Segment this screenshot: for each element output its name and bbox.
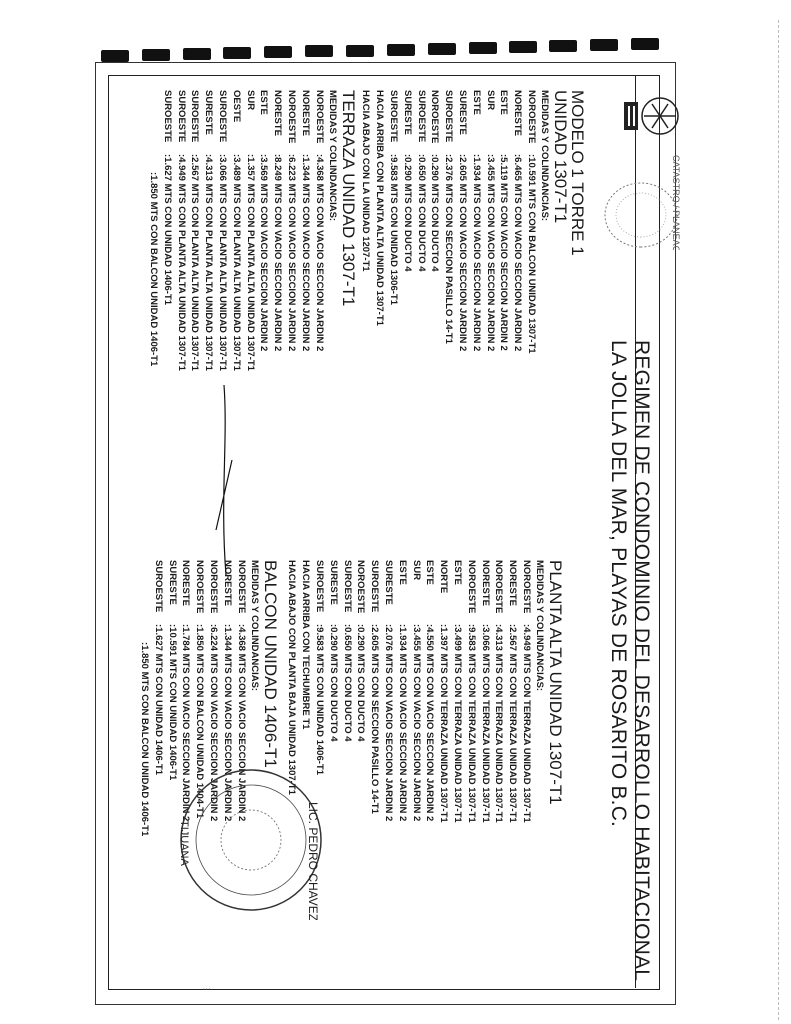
notary-name: LIC. PEDRO CHAVEZ SANCHEZ: [306, 802, 320, 920]
boundary-row: SUROESTE:2.567 MTS CON PLANTA ALTA UNIDA…: [188, 90, 202, 510]
vertical-boundary-line: HACIA ARRIBA CON PLANTA ALTA UNIDAD 1307…: [372, 90, 386, 510]
boundary-row: ESTE:1.934 MTS CON VACIO SECCION JARDIN …: [469, 90, 483, 510]
boundary-row: NOROESTE:6.223 MTS CON VACIO SECCION JAR…: [284, 90, 298, 510]
notary-seal-icon: LIC. PEDRO CHAVEZ SANCHEZ TIJUANA: [171, 760, 331, 920]
municipal-crest-logo-icon: [614, 92, 694, 140]
boundary-row: NORESTE:2.567 MTS CON TERRAZA UNIDAD 130…: [505, 560, 519, 990]
boundary-row: NOROESTE:4.313 MTS CON TERRAZA UNIDAD 13…: [492, 560, 506, 990]
boundary-row: NOROESTE:4.949 MTS CON TERRAZA UNIDAD 13…: [519, 560, 533, 990]
boundary-row: SURESTE:0.290 MTS CON DUCTO 4: [400, 90, 414, 510]
boundary-row: NORESTE:8.249 MTS CON VACIO SECCION JARD…: [270, 90, 284, 510]
document-title-block: REGIMEN DE CONDOMINIO DEL DESARROLLO HAB…: [607, 340, 653, 900]
boundary-row: SUR:3.455 MTS CON VACIO SECCION JARDIN 2: [409, 560, 423, 990]
catastro-stamp-icon: CATASTRO / PLANEACION: [601, 135, 691, 250]
planta-alta-title: PLANTA ALTA UNIDAD 1307-T1: [547, 560, 564, 990]
boundary-row: SUROESTE:4.949 MTS CON PLANTA ALTA UNIDA…: [174, 90, 188, 510]
stamp-text: CATASTRO / PLANEACION: [671, 155, 681, 250]
boundary-row: :1.850 MTS CON BALCON UNIDAD 1406-T1: [137, 560, 151, 990]
boundary-row: ESTE:4.550 MTS CON VACIO SECCION JARDIN …: [423, 560, 437, 990]
boundary-row: ESTE:3.499 MTS CON TERRAZA UNIDAD 1307-T…: [450, 560, 464, 990]
boundary-row: NORESTE:3.066 MTS CON TERRAZA UNIDAD 130…: [478, 560, 492, 990]
boundary-row: SURESTE:2.605 MTS CON VACIO SECCION JARD…: [455, 90, 469, 510]
boundary-row: SURESTE:2.076 MTS CON VACIO SECCION JARD…: [381, 560, 395, 990]
boundary-row: SUROESTE:1.627 MTS CON UNIDAD 1406-T1: [160, 90, 174, 510]
boundary-row: SUROESTE:2.376 MTS CON SECCION PASILLO 1…: [441, 90, 455, 510]
boundary-row: NOROESTE:0.290 MTS CON DUCTO 4: [428, 90, 442, 510]
boundary-row: SUROESTE:0.650 MTS CON DUCTO 4: [414, 90, 428, 510]
boundary-row: NOROESTE:9.583 MTS CON TERRAZA UNIDAD 13…: [464, 560, 478, 990]
boundary-row: SUROESTE:9.583 MTS CON UNIDAD 1306-T1: [386, 90, 400, 510]
rotated-document-page: CATASTRO / PLANEACION REGIMEN DE CONDOMI…: [0, 0, 791, 1024]
notary-city: TIJUANA: [178, 820, 190, 867]
boundary-row: SUR:3.455 MTS CON VACIO SECCION JARDIN 2: [483, 90, 497, 510]
boundary-row: ESTE:3.569 MTS CON VACIO SECCION JARDIN …: [257, 90, 271, 510]
vertical-boundary-line: HACIA ABAJO CON LA UNIDAD 1207-T1: [359, 90, 373, 510]
boundary-row: NOROESTE:10.591 MTS CON BALCON UNIDAD 13…: [524, 90, 538, 510]
boundary-row: ESTE:5.119 MTS CON VACIO SECCION JARDIN …: [497, 90, 511, 510]
boundary-row: SUROESTE:2.605 MTS CON SECCION PASILLO 1…: [367, 560, 381, 990]
boundary-row: ESTE:1.934 MTS CON VACIO SECCION JARDIN …: [395, 560, 409, 990]
unit-title: UNIDAD 1307-T1: [552, 90, 569, 510]
section-subtitle: MEDIDAS Y COLINDANCIAS:: [326, 90, 339, 510]
boundary-row: SUROESTE:1.627 MTS CON UNIDAD 1406-T1: [151, 560, 165, 990]
scan-mark: ⋮: [202, 985, 211, 993]
terraza-title: TERRAZA UNIDAD 1307-T1: [340, 90, 357, 510]
model-title: MODELO 1 TORRE 1: [569, 90, 586, 510]
boundary-row: NORESTE:6.465 MTS CON VACIO SECCION JARD…: [510, 90, 524, 510]
title-line-2: LA JOLLA DEL MAR, PLAYAS DE ROSARITO B.C…: [607, 340, 630, 900]
boundary-row: NOROESTE:4.368 MTS CON VACIO SECCION JAR…: [312, 90, 326, 510]
boundary-row: NORESTE:1.344 MTS CON VACIO SECCION JARD…: [298, 90, 312, 510]
section-subtitle: MEDIDAS Y COLINDANCIAS:: [533, 560, 546, 990]
boundary-row: NORTE:1.397 MTS CON TERRAZA UNIDAD 1307-…: [436, 560, 450, 990]
signature-scribble-icon: [206, 380, 246, 580]
boundary-row: SUROESTE:0.650 MTS CON DUCTO 4: [340, 560, 354, 990]
title-line-1: REGIMEN DE CONDOMINIO DEL DESARROLLO HAB…: [630, 340, 653, 900]
boundary-row: :1.850 MTS CON BALCON UNIDAD 1406-T1: [146, 90, 160, 510]
section-subtitle: MEDIDAS Y COLINDANCIAS:: [538, 90, 551, 510]
boundary-row: NOROESTE:0.290 MTS CON DUCTO 4: [354, 560, 368, 990]
